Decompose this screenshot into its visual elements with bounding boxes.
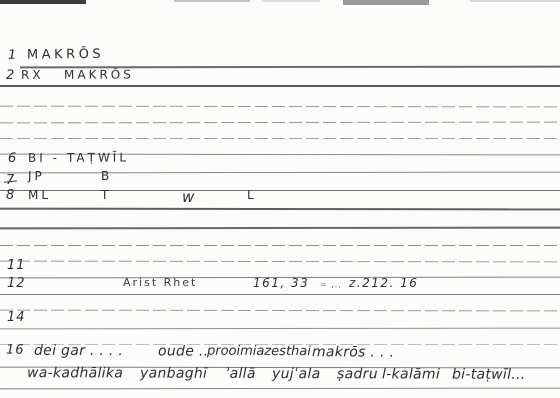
scan-edge-smudge [0,0,86,4]
handwritten-line-entry-8: 8MLTwL [0,188,560,206]
ruled-line [0,138,560,139]
handwritten-line-entry-14: 14 [0,310,560,328]
line-number-14: 14 [7,310,26,325]
reference-page-line: 161, 33 [253,276,309,290]
scanned-notecard: 1MAKRŌS2RXMAKRŌS6BI -TAṬWĪL7JPB8MLTwL111… [0,0,560,398]
line-number-8: 8 [6,188,15,203]
line-number-1: 1 [8,48,17,63]
ruled-line [0,208,560,211]
line-number-2: 2 [6,68,15,83]
arabic-tatwil: TAṬWĪL [67,151,129,165]
greek-prooimiazesthai: prooimiazesthai [207,344,311,360]
ruled-line [0,106,560,108]
scan-edge-smudge [343,0,429,5]
handwritten-line-entry-16: 16dei gar . . . .oude ..prooimiazesthaim… [0,343,560,364]
handwritten-line-entry-1: 1MAKRŌS [0,42,560,66]
siglum-l: L [247,188,257,202]
handwritten-line-entry-2: 2RXMAKRŌS [0,66,560,86]
arabic-sadru: ṣadru [337,366,378,382]
reference-zeile: z.212. 16 [349,276,418,290]
ruled-line [0,227,560,230]
arabic-alla: ʾallā [225,366,256,382]
siglum-t: T [101,188,111,202]
line-number-6: 6 [8,151,17,166]
arabic-yujala: yujʿala [272,366,321,382]
scan-edge-smudge [174,0,250,2]
handwritten-line-entry-12: 12Arist Rhet161, 33= ,.,z.212. 16 [0,276,560,294]
handwritten-line-entry-11: 11 [0,258,560,276]
greek-oude: oude .. [158,343,208,359]
siglum-w: w [182,188,195,206]
greek-makros: makrōs . . . [312,344,394,360]
siglum-jp: JP [28,169,45,183]
handwritten-line-entry-6: 6BI -TAṬWĪL [0,149,560,169]
line-number-11: 11 [7,258,26,273]
lemma-makros: MAKRŌS [64,68,134,82]
reference-marks: = ,., [320,276,342,289]
line-number-16: 16 [6,343,25,358]
arabic-l-kalami: l-kalāmi [382,366,440,382]
siglum-bi: BI - [28,151,60,165]
ruled-line [0,122,560,124]
headword-makros: MAKRŌS [27,47,104,63]
arabic-yanbaghi: yanbaghī [140,366,207,382]
line-number-12: 12 [7,276,26,291]
scan-edge-smudge [470,0,560,2]
siglum-rx: RX [21,68,44,82]
line-number-7: 7 [6,173,15,188]
siglum-ml: ML [28,188,51,202]
reference-arist-rhet: Arist Rhet [123,276,197,289]
handwritten-line-arabic-gloss: wa-kadhālikayanbaghīʾallāyujʿalaṣadrul-k… [0,365,560,385]
handwritten-line-entry-7: 7JPB [0,169,560,187]
siglum-b: B [101,169,112,183]
greek-dei-gar: dei gar . . . . [34,343,123,359]
ruled-line [0,388,560,390]
scan-edge-smudge [262,0,320,2]
arabic-bi-tatwil: bi-taṭwīl... [452,367,526,383]
ruled-line [0,245,560,246]
arabic-wa-kadhalika: wa-kadhālika [27,365,123,381]
ruled-line [0,294,560,295]
